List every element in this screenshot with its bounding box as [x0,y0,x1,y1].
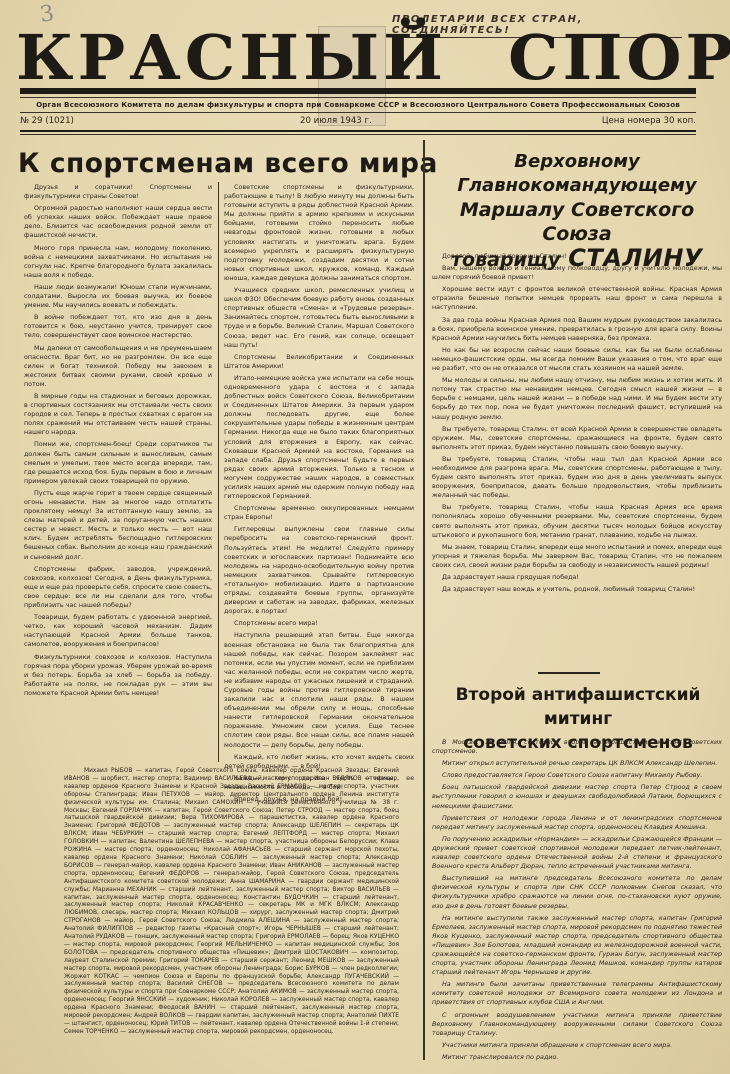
paragraph: Огромной радостью наполняют наши сердца … [24,204,212,240]
paragraph: Хорошие вести идут с фронтов великой оте… [432,285,722,312]
letter-body: Дорогой, любимый товарищ Сталин!Вам, наш… [432,252,722,597]
paragraph: Мы молоды и сильны, мы любим нашу отчизн… [432,376,722,421]
paragraph: Митинг открыл вступительной речью секрет… [432,759,722,768]
paragraph: Наступила решающий этап битвы. Еще никог… [224,631,414,749]
paragraph: На митинге были зачитаны приветственные … [432,980,722,1007]
paragraph: Спортсмены Великобритании и Соединенных … [224,353,414,371]
paragraph: Боец латышской гвардейской дивизии масте… [432,783,722,810]
paragraph: Слово предоставляется Герою Советского С… [432,771,722,780]
paragraph: Но как бы ни возросли сейчас наши боевые… [432,346,722,373]
paragraph: Гитлеровцы выпужлены свои главные силы п… [224,525,414,616]
paragraph: Друзья и соратники! Спортсмены и физкуль… [24,183,212,201]
paragraph: Вам, нашему вождю и гениальному полковод… [432,264,722,282]
appeal-column-1: Друзья и соратники! Спортсмены и физкуль… [24,183,212,701]
paragraph: В мирные годы на стадионах и беговых дор… [24,392,212,437]
paragraph: На митинге выступили также заслуженный м… [432,914,722,978]
rally-report-body: В Москве, 18 июля, состоялся второй анти… [432,738,722,1065]
paragraph: Физкультурники совхозов и колхозов. Наст… [24,653,212,698]
issue-date: 20 июля 1943 г. [300,116,372,126]
issue-price: Цена номера 30 коп. [602,116,696,126]
paragraph: За два года войны Красная Армия под Ваши… [432,316,722,343]
masthead-word-1: КРАСНЫЙ [16,21,447,94]
paragraph: Учащиеся средних школ, ремесленных учили… [224,286,414,350]
publisher-line: Орган Всесоюзного Комитета по делам физк… [20,100,696,109]
masthead-title: КРАСНЫЙСПОРТ [16,30,710,86]
paragraph: Мы далеки от самообольщения и не преумен… [24,344,212,389]
divider [20,134,696,135]
paragraph: В Москве, 18 июля, состоялся второй анти… [432,738,722,756]
paragraph: Советские спортсмены и физкультурники, р… [224,183,414,283]
paragraph: Наши люди возмужали! Юноши стали мужчина… [24,283,212,310]
paragraph: Итало-немецкие войска уже испытали на се… [224,374,414,501]
paragraph: Спортсмены всего мира! [224,619,414,628]
paragraph: Приветствия от молодежи города Ленина и … [432,814,722,832]
paragraph: Вы требуете, товарищ Сталин, от всей Кра… [432,425,722,452]
paragraph: Мы знаем, товарищ Сталин, впереди еще мн… [432,543,722,570]
paragraph: Спортсмены временно оккупированных немца… [224,504,414,522]
masthead-rule [20,88,696,94]
paragraph: Участники митинга приняли обращение к сп… [432,1041,722,1050]
paragraph: В войне побеждает тот, кто изо дня в ден… [24,313,212,340]
paragraph: Вы требуете, товарищ Сталин, чтобы наш т… [432,455,722,500]
masthead-word-2: СПОРТ [508,21,730,94]
paragraph: С огромным воодушевлением участники мити… [432,1011,722,1038]
paragraph: Товарищи, будем работать с удвоенной эне… [24,613,212,649]
signatories-list: Михаил РЫБОВ — капитан, Герой Советского… [64,768,399,1037]
paragraph: Много горя принесла нам, молодому поколе… [24,244,212,280]
headline-line: Верховному [432,150,722,174]
paragraph: Да здравствует наш вождь и учитель, родн… [432,585,722,594]
paragraph: Митинг транслировался по радио. [432,1053,722,1062]
paragraph: Вы требуете, товарищ Сталин, чтобы наша … [432,503,722,539]
issue-info-row: № 29 (1021) 20 июля 1943 г. Цена номера … [20,116,696,128]
section-divider [538,672,600,674]
headline-line: Главнокомандующему [432,174,722,198]
column-rule [218,182,219,762]
paragraph: Пусть еще жарче горит в твоем сердце свя… [24,489,212,562]
appeal-column-2: Советские спортсмены и физкультурники, р… [224,183,414,807]
issue-number: № 29 (1021) [20,116,74,126]
paragraph: По поручению эскадрильи «Нормандия» — эс… [432,835,722,871]
page-column-rule [423,140,425,1060]
paragraph: Дорогой, любимый товарищ Сталин! [432,252,722,261]
headline-appeal: К спортсменам всего мира [18,148,410,179]
paragraph: Спортсмены фабрик, заводов, учреждений, … [24,565,212,610]
divider [20,97,696,98]
divider [20,130,696,132]
paragraph: Выступивший на митинге председатель Всес… [432,874,722,910]
paragraph: Да здравствует наша грядущая победа! [432,573,722,582]
headline-line: Маршалу Советского Союза [432,198,722,246]
divider [20,112,696,113]
paragraph: Помни же, спортсмен-боец! Среди соратник… [24,440,212,485]
